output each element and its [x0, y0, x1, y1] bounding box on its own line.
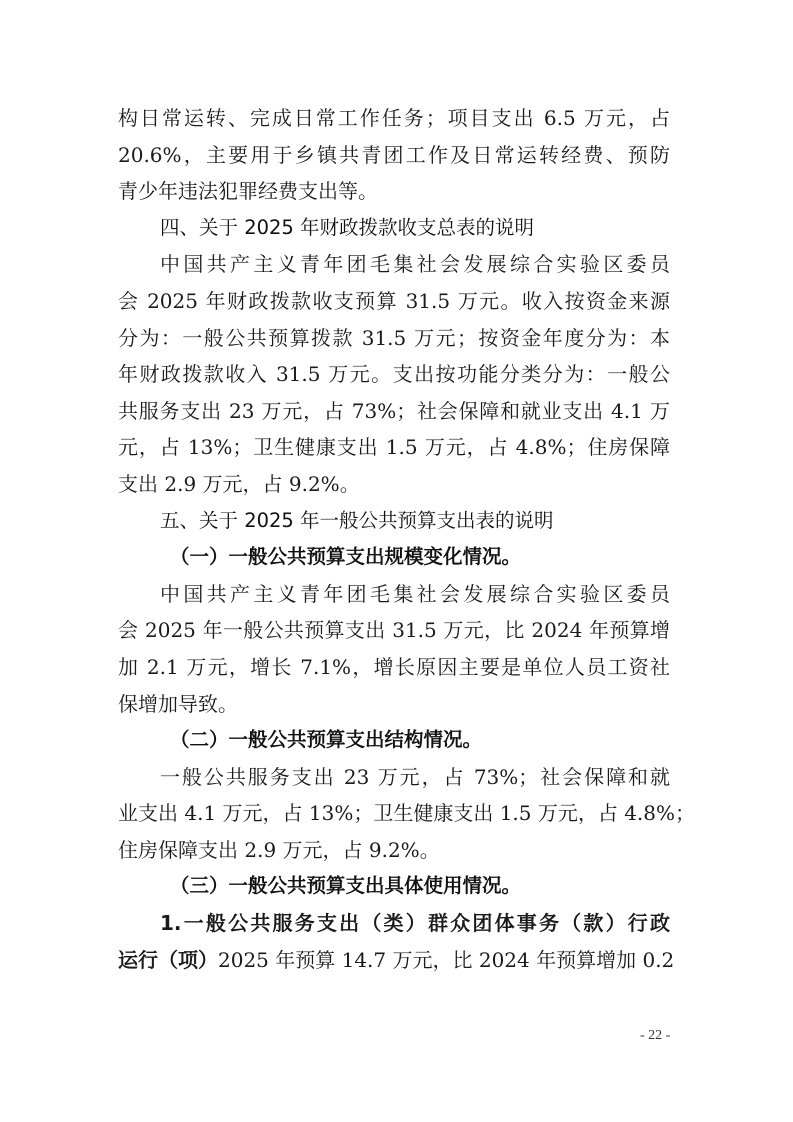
item-line: 运行（项）2025 年预算 14.7 万元，比 2024 年预算增加 0.2: [118, 942, 670, 979]
body-line: 元，占 13%；卫生健康支出 1.5 万元，占 4.8%；住房保障: [118, 429, 670, 466]
body-line: 业支出 4.1 万元，占 13%；卫生健康支出 1.5 万元，占 4.8%；: [118, 795, 670, 832]
body-line: 构日常运转、完成日常工作任务；项目支出 6.5 万元，占: [118, 100, 670, 137]
page-number: - 22 -: [640, 1028, 670, 1044]
body-line: 青少年违法犯罪经费支出等。: [118, 173, 670, 210]
item-heading-1: 1.一般公共服务支出（类）群众团体事务（款）行政: [118, 905, 670, 942]
body-line: 加 2.1 万元，增长 7.1%，增长原因主要是单位人员工资社: [118, 649, 670, 686]
body-line: 支出 2.9 万元，占 9.2%。: [118, 466, 670, 503]
subsection-heading-3: （三）一般公共预算支出具体使用情况。: [118, 868, 670, 905]
document-page: 构日常运转、完成日常工作任务；项目支出 6.5 万元，占 20.6%，主要用于乡…: [118, 100, 670, 978]
item-body-text: 2025 年预算 14.7 万元，比 2024 年预算增加 0.2: [218, 948, 674, 972]
body-line: 中国共产主义青年团毛集社会发展综合实验区委员: [118, 576, 670, 613]
section-heading-5: 五、关于 2025 年一般公共预算支出表的说明: [118, 503, 670, 540]
body-line: 20.6%，主要用于乡镇共青团工作及日常运转经费、预防: [118, 137, 670, 174]
body-line: 保增加导致。: [118, 686, 670, 723]
body-line: 年财政拨款收入 31.5 万元。支出按功能分类分为：一般公: [118, 356, 670, 393]
body-line: 会 2025 年一般公共预算支出 31.5 万元，比 2024 年预算增: [118, 612, 670, 649]
item-lead-text: 运行（项）: [118, 948, 218, 972]
section-heading-4: 四、关于 2025 年财政拨款收支总表的说明: [118, 210, 670, 247]
subsection-heading-2: （二）一般公共预算支出结构情况。: [118, 722, 670, 759]
body-line: 分为：一般公共预算拨款 31.5 万元；按资金年度分为：本: [118, 320, 670, 357]
subsection-heading-1: （一）一般公共预算支出规模变化情况。: [118, 539, 670, 576]
body-line: 会 2025 年财政拨款收支预算 31.5 万元。收入按资金来源: [118, 283, 670, 320]
body-line: 住房保障支出 2.9 万元，占 9.2%。: [118, 832, 670, 869]
body-line: 中国共产主义青年团毛集社会发展综合实验区委员: [118, 246, 670, 283]
body-line: 一般公共服务支出 23 万元，占 73%；社会保障和就: [118, 759, 670, 796]
body-line: 共服务支出 23 万元，占 73%；社会保障和就业支出 4.1 万: [118, 393, 670, 430]
